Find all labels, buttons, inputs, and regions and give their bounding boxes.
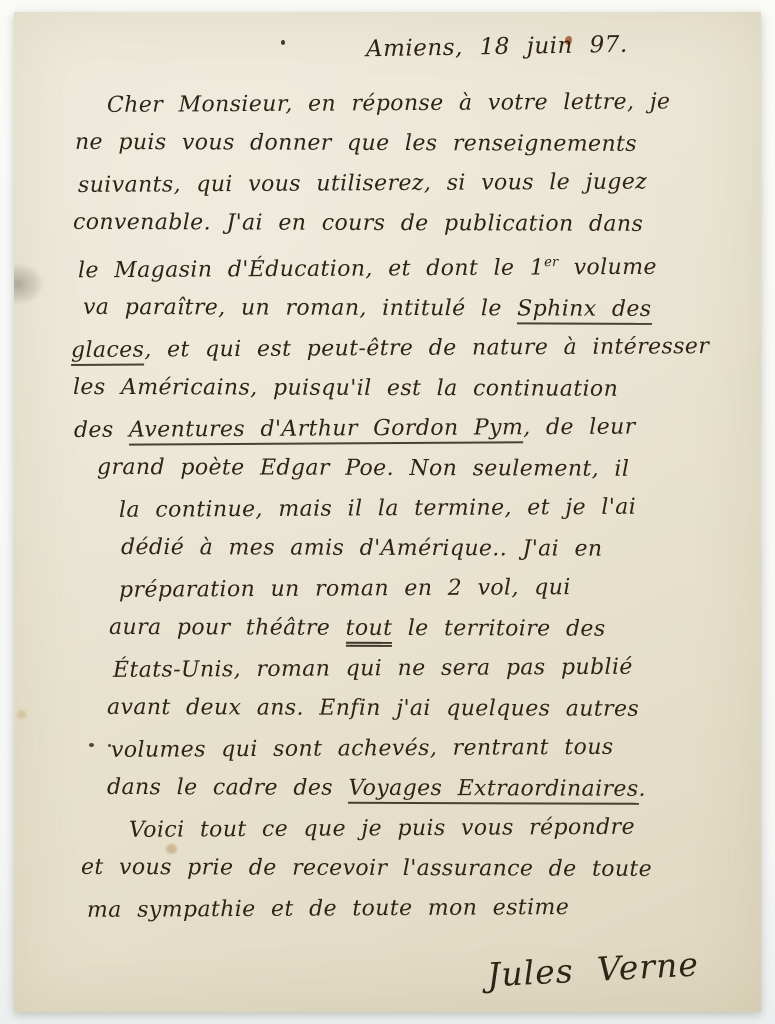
line-text: va paraître, un roman, intitulé le (83, 295, 517, 322)
line-text: convenable. J'ai en cours de publication… (73, 210, 643, 237)
line-text: volume (558, 255, 657, 281)
line-text: le Magasin d'Éducation, et dont le 1 (78, 255, 544, 283)
line-text: des (74, 418, 129, 443)
letter-line: glaces, et qui est peut-être de nature à… (71, 327, 721, 371)
underline-sphinx-des: Sphinx des (517, 297, 651, 325)
signature: Jules Verne (486, 944, 700, 994)
letter-line: États-Unis, roman qui ne sera pas publié (113, 647, 721, 691)
line-text: le territoire des (392, 616, 605, 642)
edge-smudge-stain (14, 258, 58, 310)
letter-line: dans le cadre des Voyages Extraordinaire… (107, 768, 721, 810)
letter-line: ne puis vous donner que les renseignemen… (75, 123, 721, 165)
line-text: volumes qui sont achevés, rentrant tous (111, 735, 614, 763)
letter-line: et vous prie de recevoir l'assurance de … (81, 848, 721, 890)
letter-line: grand poète Edgar Poe. Non seulement, il (97, 448, 721, 490)
line-text: , et qui est peut-être de nature à intér… (144, 334, 709, 362)
letter-line: des Aventures d'Arthur Gordon Pym, de le… (74, 407, 721, 451)
line-text: . (639, 777, 646, 802)
foxing-spot (17, 710, 26, 719)
line-text: avant deux ans. Enfin j'ai quelques autr… (107, 695, 639, 722)
letter-line: préparation un roman en 2 vol, qui (119, 567, 721, 611)
line-text: ne puis vous donner que les renseignemen… (75, 130, 637, 157)
line-text: Cher Monsieur, en réponse à votre lettre… (107, 89, 671, 117)
line-text: dans le cadre des (107, 775, 348, 801)
dateline: Amiens, 18 juin 97. (366, 32, 628, 63)
superscript-er: er (544, 255, 558, 270)
letter-line: Cher Monsieur, en réponse à votre lettre… (107, 82, 721, 126)
letter-line: Voici tout ce que je puis vous répondre (129, 808, 721, 852)
letter-body: Cher Monsieur, en réponse à votre lettre… (71, 84, 721, 929)
scan-background: { "page": { "paper_color": "#e9e4d1", "b… (0, 0, 775, 1024)
letter-line: avant deux ans. Enfin j'ai quelques autr… (107, 688, 721, 730)
line-text: dédié à mes amis d'Amérique.. J'ai en (121, 535, 603, 562)
line-text: grand poète Edgar Poe. Non seulement, il (97, 455, 629, 482)
line-text: suivants, qui vous utiliserez, si vous l… (78, 169, 647, 197)
letter-paper: Amiens, 18 juin 97. Cher Monsieur, en ré… (14, 12, 761, 1012)
letter-line: aura pour théâtre tout le territoire des (109, 608, 721, 650)
underline-glaces: glaces (71, 338, 144, 366)
line-text: et vous prie de recevoir l'assurance de … (81, 855, 652, 882)
underline-gordon-pym: Aventures d'Arthur Gordon Pym (129, 416, 523, 446)
ink-speck (281, 40, 285, 45)
letter-line: la continue, mais il la termine, et je l… (119, 487, 721, 531)
letter-line: convenable. J'ai en cours de publication… (73, 203, 721, 245)
letter-line: va paraître, un roman, intitulé le Sphin… (83, 288, 721, 330)
letter-line: les Américains, puisqu'il est la continu… (73, 368, 721, 410)
line-text: la continue, mais il la termine, et je l… (119, 495, 636, 523)
line-text: les Américains, puisqu'il est la continu… (73, 375, 618, 402)
letter-line: dédié à mes amis d'Amérique.. J'ai en (121, 528, 721, 570)
line-text: États-Unis, roman qui ne sera pas publié (113, 655, 633, 683)
double-underline-tout: tout (346, 616, 393, 647)
line-text: ma sympathie et de toute mon estime (87, 895, 569, 923)
line-text: , de leur (523, 415, 636, 441)
letter-line: suivants, qui vous utiliserez, si vous l… (78, 162, 721, 206)
underline-voyages-extraordinaires: Voyages Extraordinaires (348, 776, 638, 805)
line-text: préparation un roman en 2 vol, qui (119, 575, 571, 603)
letter-line: le Magasin d'Éducation, et dont le 1er v… (78, 242, 721, 291)
line-text: aura pour théâtre (109, 615, 346, 641)
letter-line: volumes qui sont achevés, rentrant tous (111, 727, 721, 771)
line-text: Voici tout ce que je puis vous répondre (129, 815, 635, 843)
letter-line: ma sympathie et de toute mon estime (87, 887, 721, 931)
